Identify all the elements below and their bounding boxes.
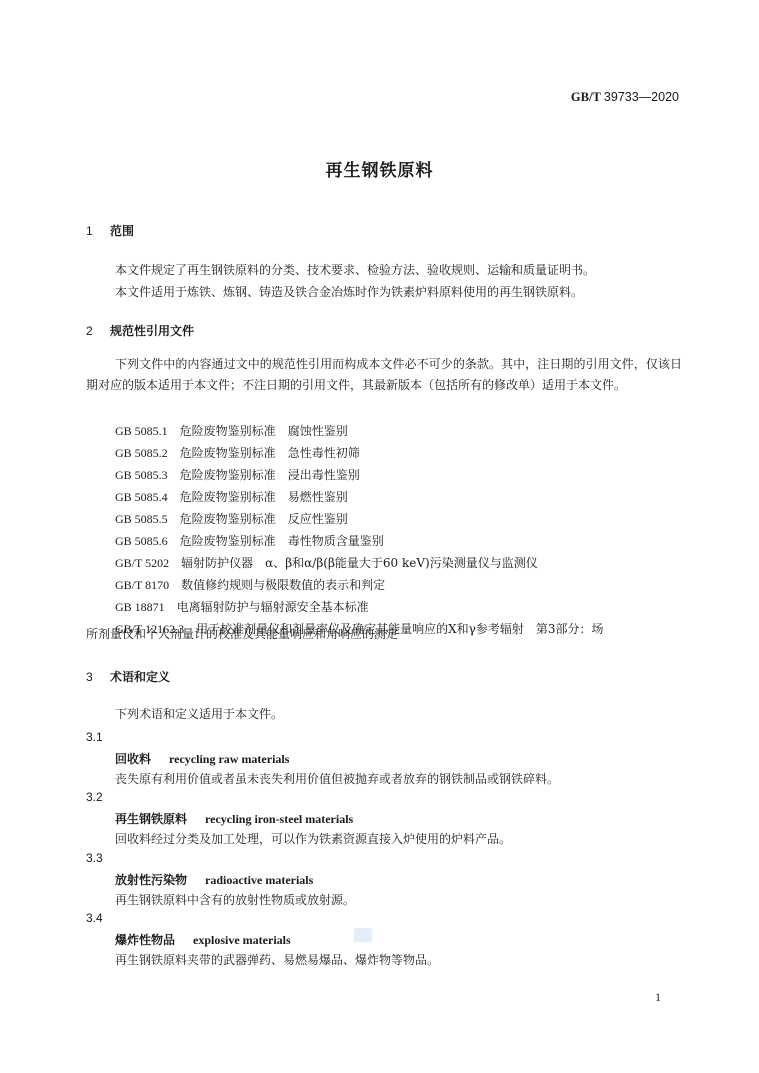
reference-title: 危险废物鉴别标准 bbox=[180, 490, 276, 504]
page-number: 1 bbox=[655, 990, 661, 1005]
term-entry: 再生钢铁原料recycling iron-steel materials bbox=[115, 810, 353, 827]
term-zh: 再生钢铁原料 bbox=[115, 812, 187, 826]
reference-subtitle: 第3部分：场 bbox=[536, 622, 604, 636]
reference-code: GB/T 5202 bbox=[115, 556, 169, 571]
reference-subtitle: 急性毒性初筛 bbox=[288, 446, 360, 460]
reference-code: GB 5085.1 bbox=[115, 424, 168, 439]
reference-item: GB/T 8170数值修约规则与极限数值的表示和判定 bbox=[115, 576, 385, 593]
reference-subtitle: 易燃性鉴别 bbox=[288, 490, 348, 504]
reference-title: 危险废物鉴别标准 bbox=[180, 512, 276, 526]
reference-item: GB 5085.4危险废物鉴别标准易燃性鉴别 bbox=[115, 488, 348, 505]
reference-item: GB 5085.1危险废物鉴别标准腐蚀性鉴别 bbox=[115, 422, 348, 439]
reference-title: 电离辐射防护与辐射源安全基本标准 bbox=[177, 600, 369, 614]
term-entry: 回收料recycling raw materials bbox=[115, 750, 289, 767]
paragraph: 本文件规定了再生钢铁原料的分类、技术要求、检验方法、验收规则、运输和质量证明书。 bbox=[115, 260, 595, 280]
term-zh: 爆炸性物品 bbox=[115, 933, 175, 947]
reference-subtitle: 反应性鉴别 bbox=[288, 512, 348, 526]
reference-item: GB 5085.5危险废物鉴别标准反应性鉴别 bbox=[115, 510, 348, 527]
term-zh: 回收料 bbox=[115, 752, 151, 766]
term-number: 3.2 bbox=[86, 790, 103, 804]
reference-code: GB 5085.2 bbox=[115, 446, 168, 461]
reference-title: 辐射防护仪器 bbox=[181, 556, 253, 570]
term-number: 3.4 bbox=[86, 911, 103, 925]
reference-code: GB 5085.5 bbox=[115, 512, 168, 527]
reference-code: GB/T 8170 bbox=[115, 578, 169, 593]
section-title: 规范性引用文件 bbox=[110, 324, 194, 338]
term-en: explosive materials bbox=[193, 933, 291, 947]
term-number: 3.3 bbox=[86, 851, 103, 865]
standard-prefix: GB/T bbox=[571, 90, 601, 104]
term-definition: 再生钢铁原料中含有的放射性物质或放射源。 bbox=[115, 891, 355, 908]
reference-code: GB 5085.4 bbox=[115, 490, 168, 505]
reference-subtitle: 浸出毒性鉴别 bbox=[288, 468, 360, 482]
reference-item: GB 18871电离辐射防护与辐射源安全基本标准 bbox=[115, 598, 369, 615]
reference-item: GB 5085.2危险废物鉴别标准急性毒性初筛 bbox=[115, 444, 360, 461]
reference-continuation: 所剂量仪和个人剂量计的校准及其能量响应和角响应的测定 bbox=[86, 624, 398, 644]
reference-subtitle: α、β和α/β(β能量大于60 keV)污染测量仪与监测仪 bbox=[265, 556, 538, 570]
term-definition: 再生钢铁原料夹带的武器弹药、易燃易爆品、爆炸物等物品。 bbox=[115, 951, 439, 968]
term-number: 3.1 bbox=[86, 730, 103, 744]
watermark-logo-icon bbox=[354, 928, 372, 942]
term-en: recycling iron-steel materials bbox=[205, 812, 353, 826]
section-number: 1 bbox=[86, 224, 110, 238]
document-title: 再生钢铁原料 bbox=[0, 156, 759, 181]
reference-title: 危险废物鉴别标准 bbox=[180, 446, 276, 460]
term-zh: 放射性污染物 bbox=[115, 873, 187, 887]
section-heading-3: 3术语和定义 bbox=[86, 668, 170, 685]
section-heading-2: 2规范性引用文件 bbox=[86, 322, 194, 339]
term-definition: 丧失原有利用价值或者虽未丧失利用价值但被抛弃或者放弃的钢铁制品或钢铁碎料。 bbox=[115, 770, 559, 787]
term-en: recycling raw materials bbox=[169, 752, 289, 766]
reference-item: GB 5085.3危险废物鉴别标准浸出毒性鉴别 bbox=[115, 466, 360, 483]
document-page: GB/T 39733—2020 再生钢铁原料 1范围 本文件规定了再生钢铁原料的… bbox=[0, 0, 759, 1073]
term-definition: 回收料经过分类及加工处理，可以作为铁素资源直接入炉使用的炉料产品。 bbox=[115, 830, 511, 847]
term-entry: 放射性污染物radioactive materials bbox=[115, 871, 313, 888]
section-number: 3 bbox=[86, 670, 110, 684]
reference-code: GB 18871 bbox=[115, 600, 165, 615]
standard-number: GB/T 39733—2020 bbox=[571, 90, 679, 105]
reference-title: 数值修约规则与极限数值的表示和判定 bbox=[181, 578, 385, 592]
reference-code: GB 5085.6 bbox=[115, 534, 168, 549]
paragraph-intro: 下列文件中的内容通过文中的规范性引用而构成本文件必不可少的条款。其中，注日期的引… bbox=[86, 354, 682, 395]
section-title: 术语和定义 bbox=[110, 670, 170, 684]
reference-title: 危险废物鉴别标准 bbox=[180, 468, 276, 482]
section-heading-1: 1范围 bbox=[86, 222, 134, 239]
reference-subtitle: 毒性物质含量鉴别 bbox=[288, 534, 384, 548]
term-en: radioactive materials bbox=[205, 873, 313, 887]
reference-subtitle: 腐蚀性鉴别 bbox=[288, 424, 348, 438]
reference-title: 危险废物鉴别标准 bbox=[180, 534, 276, 548]
reference-code: GB 5085.3 bbox=[115, 468, 168, 483]
paragraph-intro: 下列术语和定义适用于本文件。 bbox=[115, 704, 283, 724]
reference-item: GB/T 5202辐射防护仪器α、β和α/β(β能量大于60 keV)污染测量仪… bbox=[115, 554, 538, 571]
section-number: 2 bbox=[86, 324, 110, 338]
paragraph: 本文件适用于炼铁、炼钢、铸造及铁合金冶炼时作为铁素炉料原料使用的再生钢铁原料。 bbox=[115, 282, 583, 302]
standard-code: 39733—2020 bbox=[604, 90, 679, 104]
term-entry: 爆炸性物品explosive materials bbox=[115, 931, 291, 948]
reference-item: GB 5085.6危险废物鉴别标准毒性物质含量鉴别 bbox=[115, 532, 384, 549]
section-title: 范围 bbox=[110, 224, 134, 238]
reference-title: 危险废物鉴别标准 bbox=[180, 424, 276, 438]
